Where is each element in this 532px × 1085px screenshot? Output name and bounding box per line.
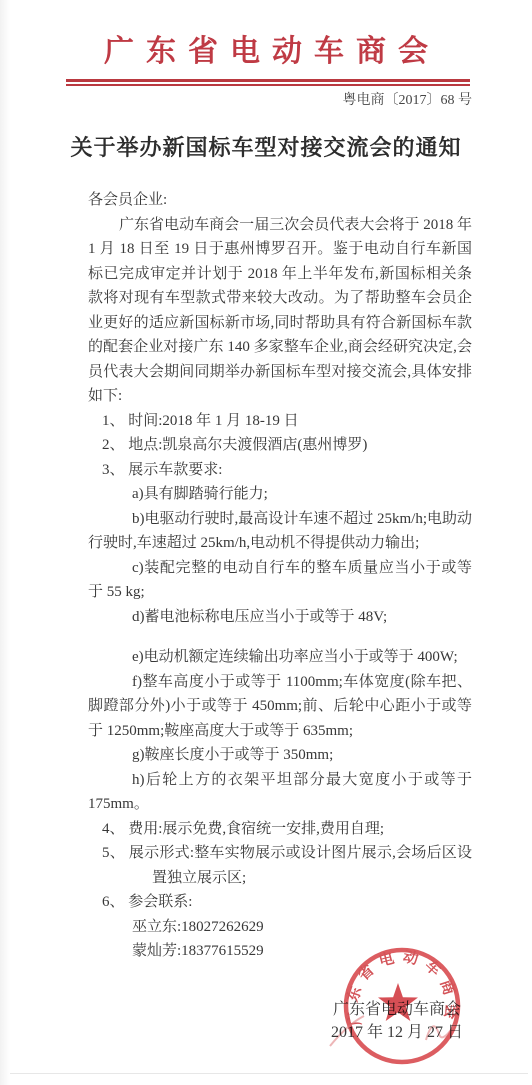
list-item-time: 1、 时间:2018 年 1 月 18-19 日 [88, 409, 472, 434]
doc-number: 粤电商〔2017〕68 号 [0, 92, 532, 110]
notice-body: 各会员企业: 广东省电动车商会一届三次会员代表大会将于 2018 年 1 月 1… [88, 188, 472, 964]
document-page: 广东省电动车商会 粤电商〔2017〕68 号 关于举办新国标车型对接交流会的通知… [0, 0, 532, 1085]
seal-arc-text-container: 广东省电动车商会 [343, 947, 461, 1027]
list-item-venue: 2、 地点:凯泉高尔夫渡假酒店(惠州博罗) [88, 433, 472, 458]
salutation: 各会员企业: [88, 188, 472, 213]
header-divider [66, 79, 470, 86]
requirement-item-a: a)具有脚踏骑行能力; [88, 482, 472, 507]
list-item-format: 5、 展示形式:整车实物展示或设计图片展示,会场后区设置独立展示区; [88, 841, 472, 890]
intro-paragraph: 广东省电动车商会一届三次会员代表大会将于 2018 年 1 月 18 日至 19… [88, 213, 472, 409]
requirement-item-b: b)电驱动行驶时,最高设计车速不超过 25km/h;电助动行驶时,车速超过 25… [88, 507, 472, 556]
page-edge [10, 1073, 528, 1074]
requirement-item-d: d)蓄电池标称电压应当小于或等于 48V; [88, 605, 472, 630]
requirement-item-g: g)鞍座长度小于或等于 350mm; [88, 743, 472, 768]
requirement-item-h: h)后轮上方的衣架平坦部分最大宽度小于或等于 175mm。 [88, 768, 472, 817]
official-seal: 广东省电动车商会 [340, 944, 464, 1068]
org-title: 广东省电动车商会 [0, 34, 532, 70]
list-item-fees: 4、 费用:展示免费,食宿统一安排,费用自理; [88, 817, 472, 842]
list-item-contacts: 6、 参会联系: [88, 890, 472, 915]
seal-arc-text: 广东省电动车商会 [343, 947, 461, 1027]
star-icon [378, 983, 418, 1021]
list-item-requirements: 3、 展示车款要求: [88, 458, 472, 483]
requirement-item-f: f)整车高度小于或等于 1100mm;车体宽度(除车把、脚蹬部分外)小于或等于 … [88, 670, 472, 744]
document-header: 广东省电动车商会 粤电商〔2017〕68 号 [0, 0, 532, 110]
notice-title: 关于举办新国标车型对接交流会的通知 [30, 132, 502, 164]
requirement-item-e: e)电动机额定连续输出功率应当小于或等于 400W; [88, 645, 472, 670]
contact-item: 巫立东:18027262629 [132, 915, 472, 940]
requirement-item-c: c)装配完整的电动自行车的整车质量应当小于或等于 55 kg; [88, 556, 472, 605]
